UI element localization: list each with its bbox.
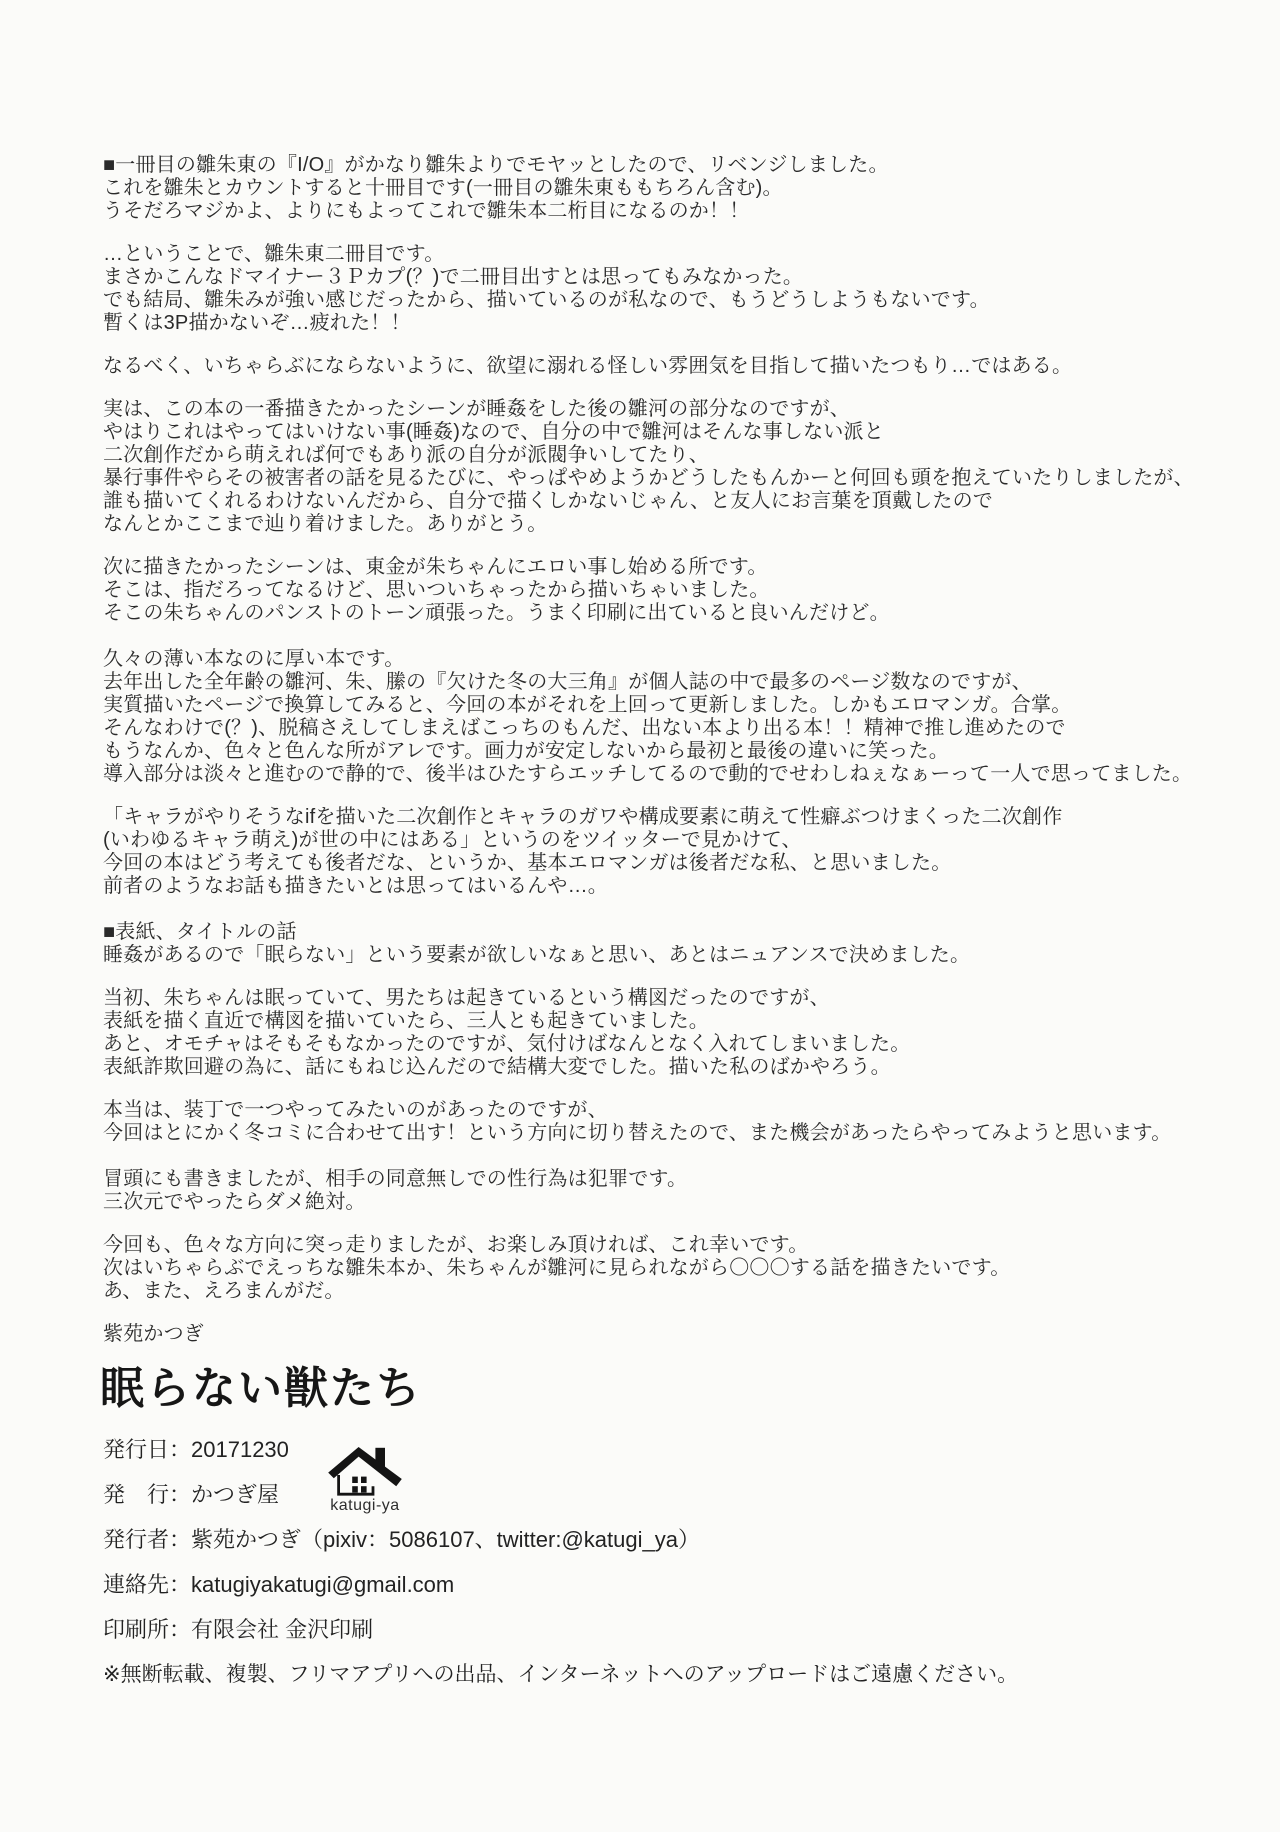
text-line: …ということで、雛朱東二冊目です。 — [103, 243, 1243, 266]
colophon-row-contact: 連絡先：katugiyakatugi@gmail.com — [103, 1572, 1203, 1598]
house-icon — [322, 1443, 408, 1499]
text-line: 去年出した全年齢の雛河、朱、縢の『欠けた冬の大三角』が個人誌の中で最多のページ数… — [103, 671, 1243, 694]
text-line: 冒頭にも書きましたが、相手の同意無しでの性行為は犯罪です。 — [103, 1168, 1243, 1191]
katugiya-logo: katugi-ya — [322, 1443, 408, 1515]
text-line: 睡姦があるので「眠らない」という要素が欲しいなぁと思い、あとはニュアンスで決めま… — [103, 944, 1243, 967]
colophon-row-printer: 印刷所：有限会社 金沢印刷 — [103, 1617, 1203, 1643]
text-line: これを雛朱とカウントすると十冊目です(一冊目の雛朱東ももちろん含む)。 — [103, 177, 1243, 200]
text-line: 表紙を描く直近で構図を描いていたら、三人とも起きていました。 — [103, 1010, 1243, 1033]
text-line: 今回の本はどう考えても後者だな、というか、基本エロマンガは後者だな私、と思いまし… — [103, 852, 1243, 875]
text-line: 本当は、装丁で一つやってみたいのがあったのですが、 — [103, 1099, 1243, 1122]
colophon-label: 連絡先： — [103, 1572, 191, 1597]
colophon-label: 発 行： — [103, 1482, 191, 1507]
text-line: 次はいちゃらぶでえっちな雛朱本か、朱ちゃんが雛河に見られながら〇〇〇する話を描き… — [103, 1257, 1243, 1280]
scanned-afterword-page: ■一冊目の雛朱東の『I/O』がかなり雛朱よりでモヤッとしたので、リベンジしました… — [0, 0, 1280, 1832]
text-line: 暴行事件やらその被害者の話を見るたびに、やっぱやめようかどうしたもんかーと何回も… — [103, 467, 1243, 490]
text-line: でも結局、雛朱みが強い感じだったから、描いているのが私なので、もうどうしようもな… — [103, 289, 1243, 312]
book-title: 眠らない獣たち — [100, 1352, 422, 1416]
text-line: ■一冊目の雛朱東の『I/O』がかなり雛朱よりでモヤッとしたので、リベンジしました… — [103, 154, 1243, 177]
colophon-row-publisher-circle: 発 行：かつぎ屋 — [103, 1482, 1203, 1508]
text-line: ■表紙、タイトルの話 — [103, 921, 1243, 944]
text-line: なんとかここまで辿り着けました。ありがとう。 — [103, 513, 1243, 536]
text-line: まさかこんなドマイナー３Ｐカプ(？)で二冊目出すとは思ってもみなかった。 — [103, 266, 1243, 289]
text-line: あ、また、えろまんがだ。 — [103, 1280, 1243, 1303]
text-line: 久々の薄い本なのに厚い本です。 — [103, 648, 1243, 671]
colophon-value: 紫苑かつぎ（pixiv：5086107、twitter:@katugi_ya） — [191, 1527, 700, 1552]
text-line: そこは、指だろってなるけど、思いついちゃったから描いちゃいました。 — [103, 579, 1243, 602]
text-line: 実は、この本の一番描きたかったシーンが睡姦をした後の雛河の部分なのですが、 — [103, 398, 1243, 421]
afterword-text: ■一冊目の雛朱東の『I/O』がかなり雛朱よりでモヤッとしたので、リベンジしました… — [103, 140, 1243, 1366]
reproduction-notice: ※無断転載、複製、フリマアプリへの出品、インターネットへのアップロードはご遠慮く… — [103, 1662, 1203, 1688]
text-line: 二次創作だから萌えれば何でもあり派の自分が派閥争いしてたり、 — [103, 444, 1243, 467]
text-line: 導入部分は淡々と進むので静的で、後半はひたすらエッチしてるので動的でせわしねぇな… — [103, 763, 1243, 786]
text-line: 誰も描いてくれるわけないんだから、自分で描くしかないじゃん、と友人にお言葉を頂戴… — [103, 490, 1243, 513]
text-line: 「キャラがやりそうなifを描いた二次創作とキャラのガワや構成要素に萌えて性癖ぶつ… — [103, 806, 1243, 829]
text-line: 紫苑かつぎ — [103, 1323, 1243, 1346]
text-line: もうなんか、色々と色んな所がアレです。画力が安定しないから最初と最後の違いに笑っ… — [103, 740, 1243, 763]
text-line: 今回も、色々な方向に突っ走りましたが、お楽しみ頂ければ、これ幸いです。 — [103, 1234, 1243, 1257]
text-line: なるべく、いちゃらぶにならないように、欲望に溺れる怪しい雰囲気を目指して描いたつ… — [103, 355, 1243, 378]
colophon-value: かつぎ屋 — [191, 1482, 279, 1507]
text-line: (いわゆるキャラ萌え)が世の中にはある」というのをツイッターで見かけて、 — [103, 829, 1243, 852]
text-line: 表紙詐欺回避の為に、話にもねじ込んだので結構大変でした。描いた私のばかやろう。 — [103, 1056, 1243, 1079]
text-line: そこの朱ちゃんのパンストのトーン頑張った。うまく印刷に出ていると良いんだけど。 — [103, 602, 1243, 625]
colophon-value: 有限会社 金沢印刷 — [191, 1617, 373, 1642]
colophon-label: 発行日： — [103, 1437, 191, 1462]
text-line: 今回はとにかく冬コミに合わせて出す！という方向に切り替えたので、また機会があった… — [103, 1122, 1243, 1145]
colophon-value: 20171230 — [191, 1437, 289, 1462]
text-line: 当初、朱ちゃんは眠っていて、男たちは起きているという構図だったのですが、 — [103, 987, 1243, 1010]
text-line: そんなわけで(？)、脱稿さえしてしまえばこっちのもんだ、出ない本より出る本！！精… — [103, 717, 1243, 740]
text-line: 前者のようなお話も描きたいとは思ってはいるんや…。 — [103, 875, 1243, 898]
logo-text: katugi-ya — [322, 1497, 408, 1515]
text-line: あと、オモチャはそもそもなかったのですが、気付けばなんとなく入れてしまいました。 — [103, 1033, 1243, 1056]
text-line: うそだろマジかよ、よりにもよってこれで雛朱本二桁目になるのか！！ — [103, 200, 1243, 223]
text-line: 三次元でやったらダメ絶対。 — [103, 1191, 1243, 1214]
colophon-row-publish-date: 発行日：20171230 — [103, 1437, 1203, 1463]
text-line: 次に描きたかったシーンは、東金が朱ちゃんにエロい事し始める所です。 — [103, 556, 1243, 579]
colophon-row-author: 発行者：紫苑かつぎ（pixiv：5086107、twitter:@katugi_… — [103, 1527, 1203, 1553]
colophon-label: 印刷所： — [103, 1617, 191, 1642]
text-line: やはりこれはやってはいけない事(睡姦)なので、自分の中で雛河はそんな事しない派と — [103, 421, 1243, 444]
colophon: 発行日：20171230 発 行：かつぎ屋 発行者：紫苑かつぎ（pixiv：50… — [103, 1437, 1203, 1688]
text-line: 実質描いたページで換算してみると、今回の本がそれを上回って更新しました。しかもエ… — [103, 694, 1243, 717]
colophon-value: katugiyakatugi@gmail.com — [191, 1572, 454, 1597]
colophon-label: 発行者： — [103, 1527, 191, 1552]
text-line: 暫くは3P描かないぞ…疲れた！！ — [103, 312, 1243, 335]
